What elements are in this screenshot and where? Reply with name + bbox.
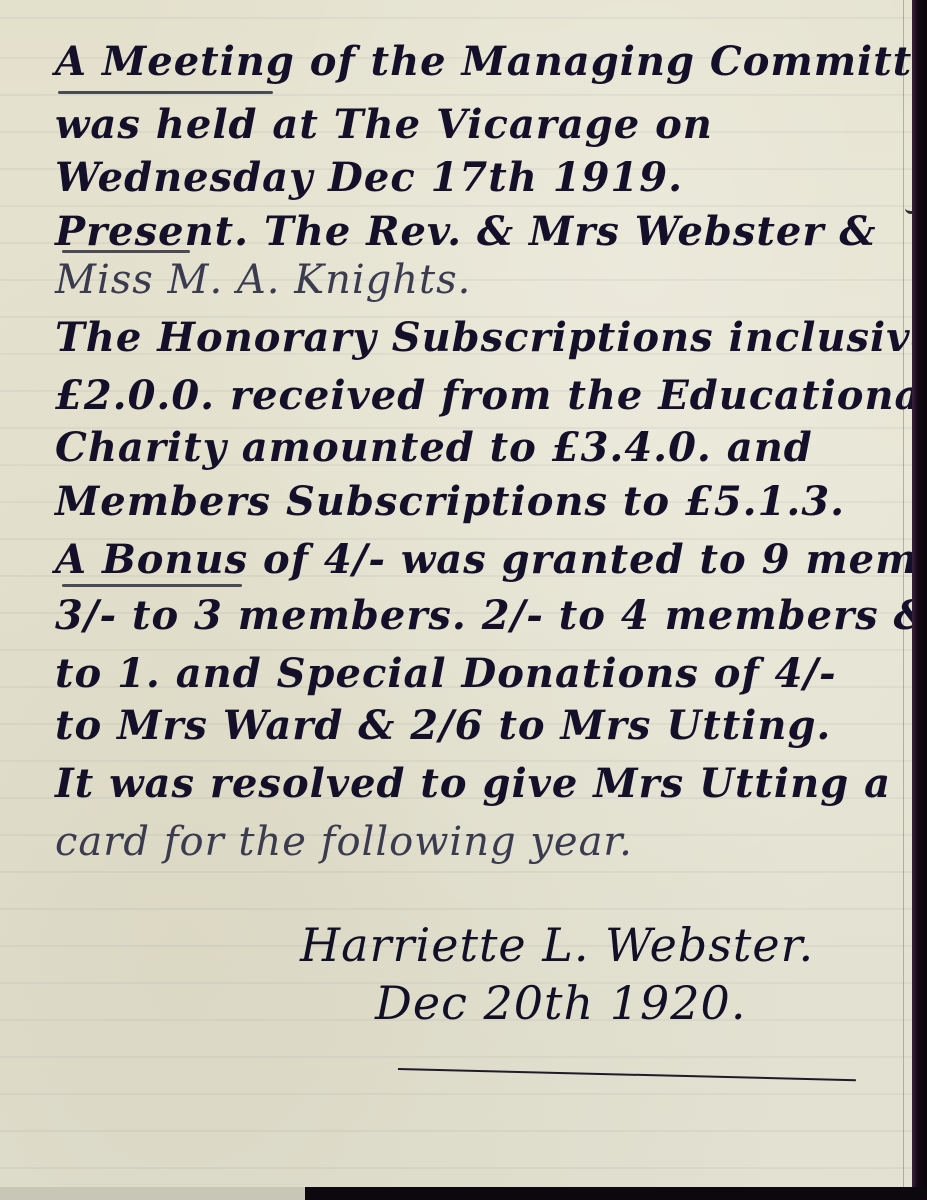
minute-book-page: A Meeting of the Managing Committee was … xyxy=(0,0,912,1187)
minutes-line-1: A Meeting of the Managing Committee xyxy=(55,42,912,82)
minutes-line-3: Wednesday Dec 17th 1919. xyxy=(55,158,683,198)
minutes-line-13: to Mrs Ward & 2/6 to Mrs Utting. xyxy=(55,706,831,746)
signature-name: Harriette L. Webster. xyxy=(300,922,814,968)
minutes-line-15: card for the following year. xyxy=(55,822,633,862)
minutes-line-7: £2.0.0. received from the Educational xyxy=(55,376,912,416)
minutes-line-5: Miss M. A. Knights. xyxy=(55,260,471,300)
underline-present xyxy=(62,250,190,253)
minutes-line-11: 3/- to 3 members. 2/- to 4 members & 2/6 xyxy=(55,596,912,636)
underline-meeting xyxy=(58,91,273,94)
page-bottom-edge xyxy=(0,1187,305,1200)
minutes-line-14: It was resolved to give Mrs Utting a xyxy=(55,764,891,804)
minutes-line-12: to 1. and Special Donations of 4/- xyxy=(55,654,837,694)
signature-date: Dec 20th 1920. xyxy=(375,980,746,1026)
minutes-line-6: The Honorary Subscriptions inclusive of xyxy=(55,318,912,358)
minutes-line-10: A Bonus of 4/- was granted to 9 members. xyxy=(55,540,912,580)
book-spine-edge xyxy=(912,0,927,1200)
book-bottom-edge xyxy=(305,1187,927,1200)
underline-bonus xyxy=(62,584,242,587)
minutes-line-4: Present. The Rev. & Mrs Webster & xyxy=(55,212,876,252)
minutes-line-9: Members Subscriptions to £5.1.3. xyxy=(55,482,845,522)
minutes-line-8: Charity amounted to £3.4.0. and xyxy=(55,428,813,468)
minutes-line-2: was held at The Vicarage on xyxy=(55,105,713,145)
